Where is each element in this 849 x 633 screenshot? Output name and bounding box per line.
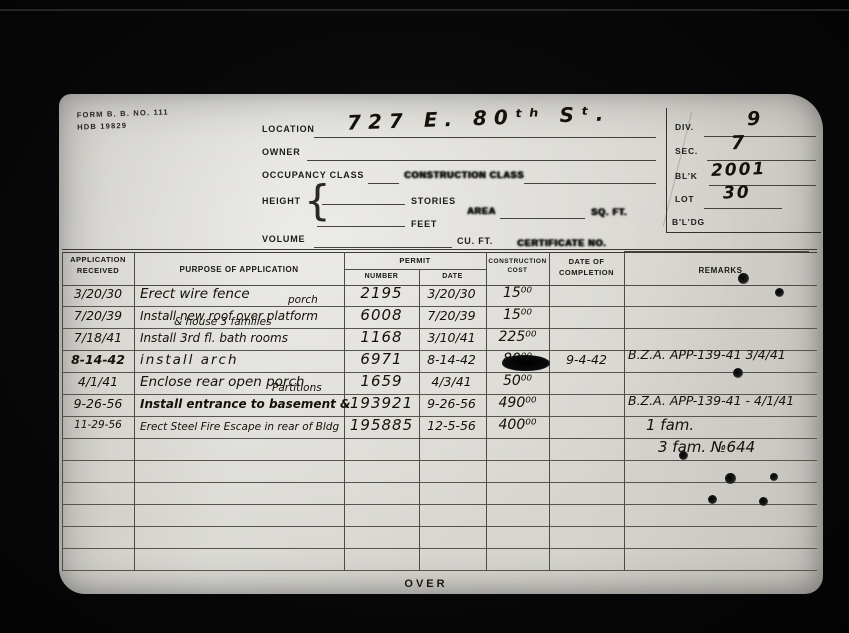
table-row: 3 fam. №644 — [62, 439, 817, 461]
volume-label: VOLUME — [262, 234, 305, 244]
punch-dot-artifact — [679, 451, 688, 460]
cuft-label: CU. FT. — [457, 236, 493, 246]
feet-underline — [317, 226, 405, 227]
cell-remarks: B.Z.A. APP-139-41 3/4/41 — [628, 343, 817, 368]
cell-permit-number: 195885 — [346, 414, 417, 439]
header-construction-cost: CONSTRUCTION COST — [486, 257, 549, 275]
table-top-border-outer — [62, 249, 817, 250]
bldg-label: B'L'DG — [672, 217, 705, 227]
cell-permit-date: 12-5-56 — [419, 414, 484, 439]
div-label: DIV. — [675, 122, 694, 132]
sec-label: SEC. — [675, 146, 698, 156]
permit-table: APPLICATION RECEIVED PURPOSE OF APPLICAT… — [62, 249, 817, 571]
owner-label: OWNER — [262, 147, 301, 157]
header-cost-line2: COST — [486, 266, 549, 275]
purpose-text: Erect wire fence — [140, 286, 250, 302]
punch-dot-artifact — [775, 288, 784, 297]
stories-underline — [322, 204, 405, 205]
certificate-label: CERTIFICATE NO. — [517, 238, 606, 248]
cell-purpose: Erect Steel Fire Escape in rear of Bldg — [140, 414, 344, 439]
stories-label: STORIES — [411, 196, 456, 206]
feet-label: FEET — [411, 219, 437, 229]
punch-dot-artifact — [725, 473, 736, 484]
cell-remarks: B.Z.A. APP-139-41 - 4/1/41 — [628, 389, 817, 414]
sec-value: 7 — [731, 132, 745, 154]
header-cost-line1: CONSTRUCTION — [486, 257, 549, 266]
purpose-text: Install entrance to basement & — [140, 397, 351, 411]
over-label: OVER — [381, 578, 471, 590]
permit-sub-line — [344, 269, 486, 270]
sqft-label: SQ. FT. — [591, 207, 627, 217]
header-purpose: PURPOSE OF APPLICATION — [134, 264, 344, 275]
div-value: 9 — [747, 108, 761, 130]
area-underline — [500, 218, 585, 219]
punch-dot-artifact — [738, 273, 749, 284]
form-number-stamp: FORM B. B. NO. 111 HDB 19829 — [77, 106, 170, 133]
location-underline — [314, 137, 656, 138]
purpose-note: Partitions — [272, 382, 322, 394]
header-application-line1: APPLICATION — [62, 255, 134, 266]
punch-dot-artifact — [733, 368, 743, 378]
table-top-border-inner — [62, 252, 817, 253]
lot-label: LOT — [675, 194, 694, 204]
construction-underline — [524, 183, 656, 184]
header-date: DATE — [419, 272, 486, 282]
area-label: AREA — [467, 206, 496, 216]
occupancy-underline — [368, 183, 399, 184]
purpose-text: Erect Steel Fire Escape in rear of Bldg — [140, 421, 339, 433]
owner-underline — [307, 160, 656, 161]
header-number: NUMBER — [344, 272, 419, 282]
blk-value: 2001 — [711, 159, 767, 181]
lot-value: 30 — [723, 183, 751, 204]
film-scratch — [0, 9, 849, 11]
header-date-of-completion: DATE OF COMPLETION — [549, 257, 624, 278]
punch-dot-artifact — [770, 473, 778, 481]
header-application-received: APPLICATION RECEIVED — [62, 255, 134, 276]
construction-class-label: CONSTRUCTION CLASS — [404, 170, 524, 180]
volume-underline — [314, 247, 452, 248]
cell-completion — [549, 414, 624, 439]
height-brace: { — [304, 176, 331, 225]
permit-index-card: FORM B. B. NO. 111 HDB 19829 LOCATION 72… — [59, 94, 823, 594]
info-box-bottom-border — [666, 232, 821, 233]
purpose-note: & house 3 families — [174, 316, 272, 328]
div-underline — [704, 136, 816, 137]
location-label: LOCATION — [262, 124, 315, 134]
purpose-note: porch — [288, 294, 318, 306]
header-remarks: REMARKS — [624, 265, 817, 276]
height-label: HEIGHT — [262, 196, 301, 206]
location-value: 727 E. 80ᵗʰ Sᵗ. — [347, 101, 611, 134]
purpose-text: Install 3rd fl. bath rooms — [140, 331, 288, 345]
cell-received: 11-29-56 — [62, 414, 134, 439]
form-code: HDB 19829 — [77, 118, 169, 133]
punch-dot-artifact — [708, 495, 717, 504]
blk-label: BL'K — [675, 171, 698, 181]
cost-ink-blot — [502, 355, 550, 371]
header-application-line2: RECEIVED — [62, 266, 134, 277]
header-completion-line1: DATE OF — [549, 257, 624, 268]
purpose-text: install arch — [140, 352, 239, 368]
punch-dot-artifact — [759, 497, 768, 506]
header-permit: PERMIT — [344, 256, 486, 267]
cell-cost: 400⁰⁰ — [486, 414, 549, 439]
header-completion-line2: COMPLETION — [549, 268, 624, 279]
lot-underline — [704, 208, 782, 209]
cell-remarks: 3 fam. №644 — [628, 436, 847, 461]
